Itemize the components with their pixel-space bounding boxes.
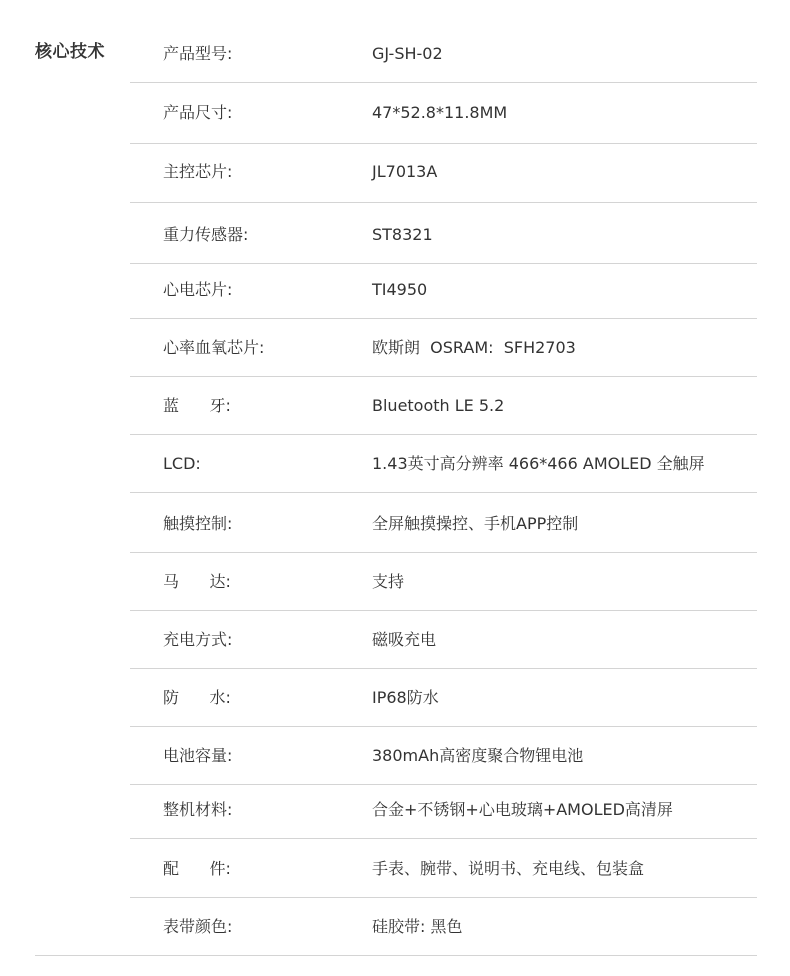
spec-row-bluetooth: 蓝 牙: Bluetooth LE 5.2: [130, 377, 757, 435]
spec-value: 欧斯朗 OSRAM: SFH2703: [372, 338, 576, 358]
spec-row-gravity-sensor: 重力传感器: ST8321: [130, 203, 757, 264]
spec-value: 全屏触摸操控、手机APP控制: [372, 514, 578, 534]
spec-label: 配 件:: [163, 859, 231, 879]
spec-value: 硅胶带: 黑色: [372, 917, 462, 937]
spec-row-battery: 电池容量: 380mAh高密度聚合物锂电池: [130, 727, 757, 785]
spec-value: TI4950: [372, 280, 427, 300]
spec-label: 重力传感器:: [163, 225, 248, 245]
spec-label: 充电方式:: [163, 630, 232, 650]
spec-label: 蓝 牙:: [163, 396, 231, 416]
spec-value: 47*52.8*11.8MM: [372, 103, 507, 123]
spec-label: 马 达:: [163, 572, 231, 592]
spec-row-lcd: LCD: 1.43英寸高分辨率 466*466 AMOLED 全触屏: [130, 435, 757, 493]
spec-label: 防 水:: [163, 688, 231, 708]
spec-row-charging: 充电方式: 磁吸充电: [130, 611, 757, 669]
spec-row-touch-control: 触摸控制: 全屏触摸操控、手机APP控制: [130, 493, 757, 553]
spec-value: 1.43英寸高分辨率 466*466 AMOLED 全触屏: [372, 454, 705, 474]
spec-row-accessories: 配 件: 手表、腕带、说明书、充电线、包装盒: [130, 839, 757, 898]
spec-value: 支持: [372, 572, 404, 592]
spec-label: 主控芯片:: [163, 162, 232, 182]
spec-row-material: 整机材料: 合金+不锈钢+心电玻璃+AMOLED高清屏: [130, 785, 757, 839]
spec-label: LCD:: [163, 454, 201, 474]
spec-label: 电池容量:: [163, 746, 232, 766]
spec-value: IP68防水: [372, 688, 439, 708]
spec-row-motor: 马 达: 支持: [130, 553, 757, 611]
spec-label: 整机材料:: [163, 800, 232, 820]
spec-value: ST8321: [372, 225, 433, 245]
spec-row-waterproof: 防 水: IP68防水: [130, 669, 757, 727]
spec-row-main-chip: 主控芯片: JL7013A: [130, 144, 757, 203]
spec-row-heart-rate-spo2-chip: 心率血氧芯片: 欧斯朗 OSRAM: SFH2703: [130, 319, 757, 377]
spec-row-size: 产品尺寸: 47*52.8*11.8MM: [130, 83, 757, 144]
spec-value: JL7013A: [372, 162, 437, 182]
spec-label: 产品尺寸:: [163, 103, 232, 123]
spec-label: 心率血氧芯片:: [163, 338, 264, 358]
spec-value: Bluetooth LE 5.2: [372, 396, 504, 416]
spec-row-model: 产品型号: GJ-SH-02: [130, 24, 757, 83]
spec-value: 380mAh高密度聚合物锂电池: [372, 746, 583, 766]
spec-label: 心电芯片:: [163, 280, 232, 300]
spec-row-strap-color: 表带颜色: 硅胶带: 黑色: [35, 898, 757, 956]
core-tech-spec-section: 核心技术 产品型号: GJ-SH-02 产品尺寸: 47*52.8*11.8MM…: [0, 0, 790, 976]
spec-label: 产品型号:: [163, 44, 232, 64]
section-title: 核心技术: [35, 40, 105, 64]
spec-value: GJ-SH-02: [372, 44, 443, 64]
spec-value: 手表、腕带、说明书、充电线、包装盒: [372, 859, 644, 879]
spec-value: 合金+不锈钢+心电玻璃+AMOLED高清屏: [372, 800, 673, 820]
spec-label: 触摸控制:: [163, 514, 232, 534]
spec-value: 磁吸充电: [372, 630, 436, 650]
spec-row-ecg-chip: 心电芯片: TI4950: [130, 264, 757, 319]
spec-label: 表带颜色:: [163, 917, 232, 937]
